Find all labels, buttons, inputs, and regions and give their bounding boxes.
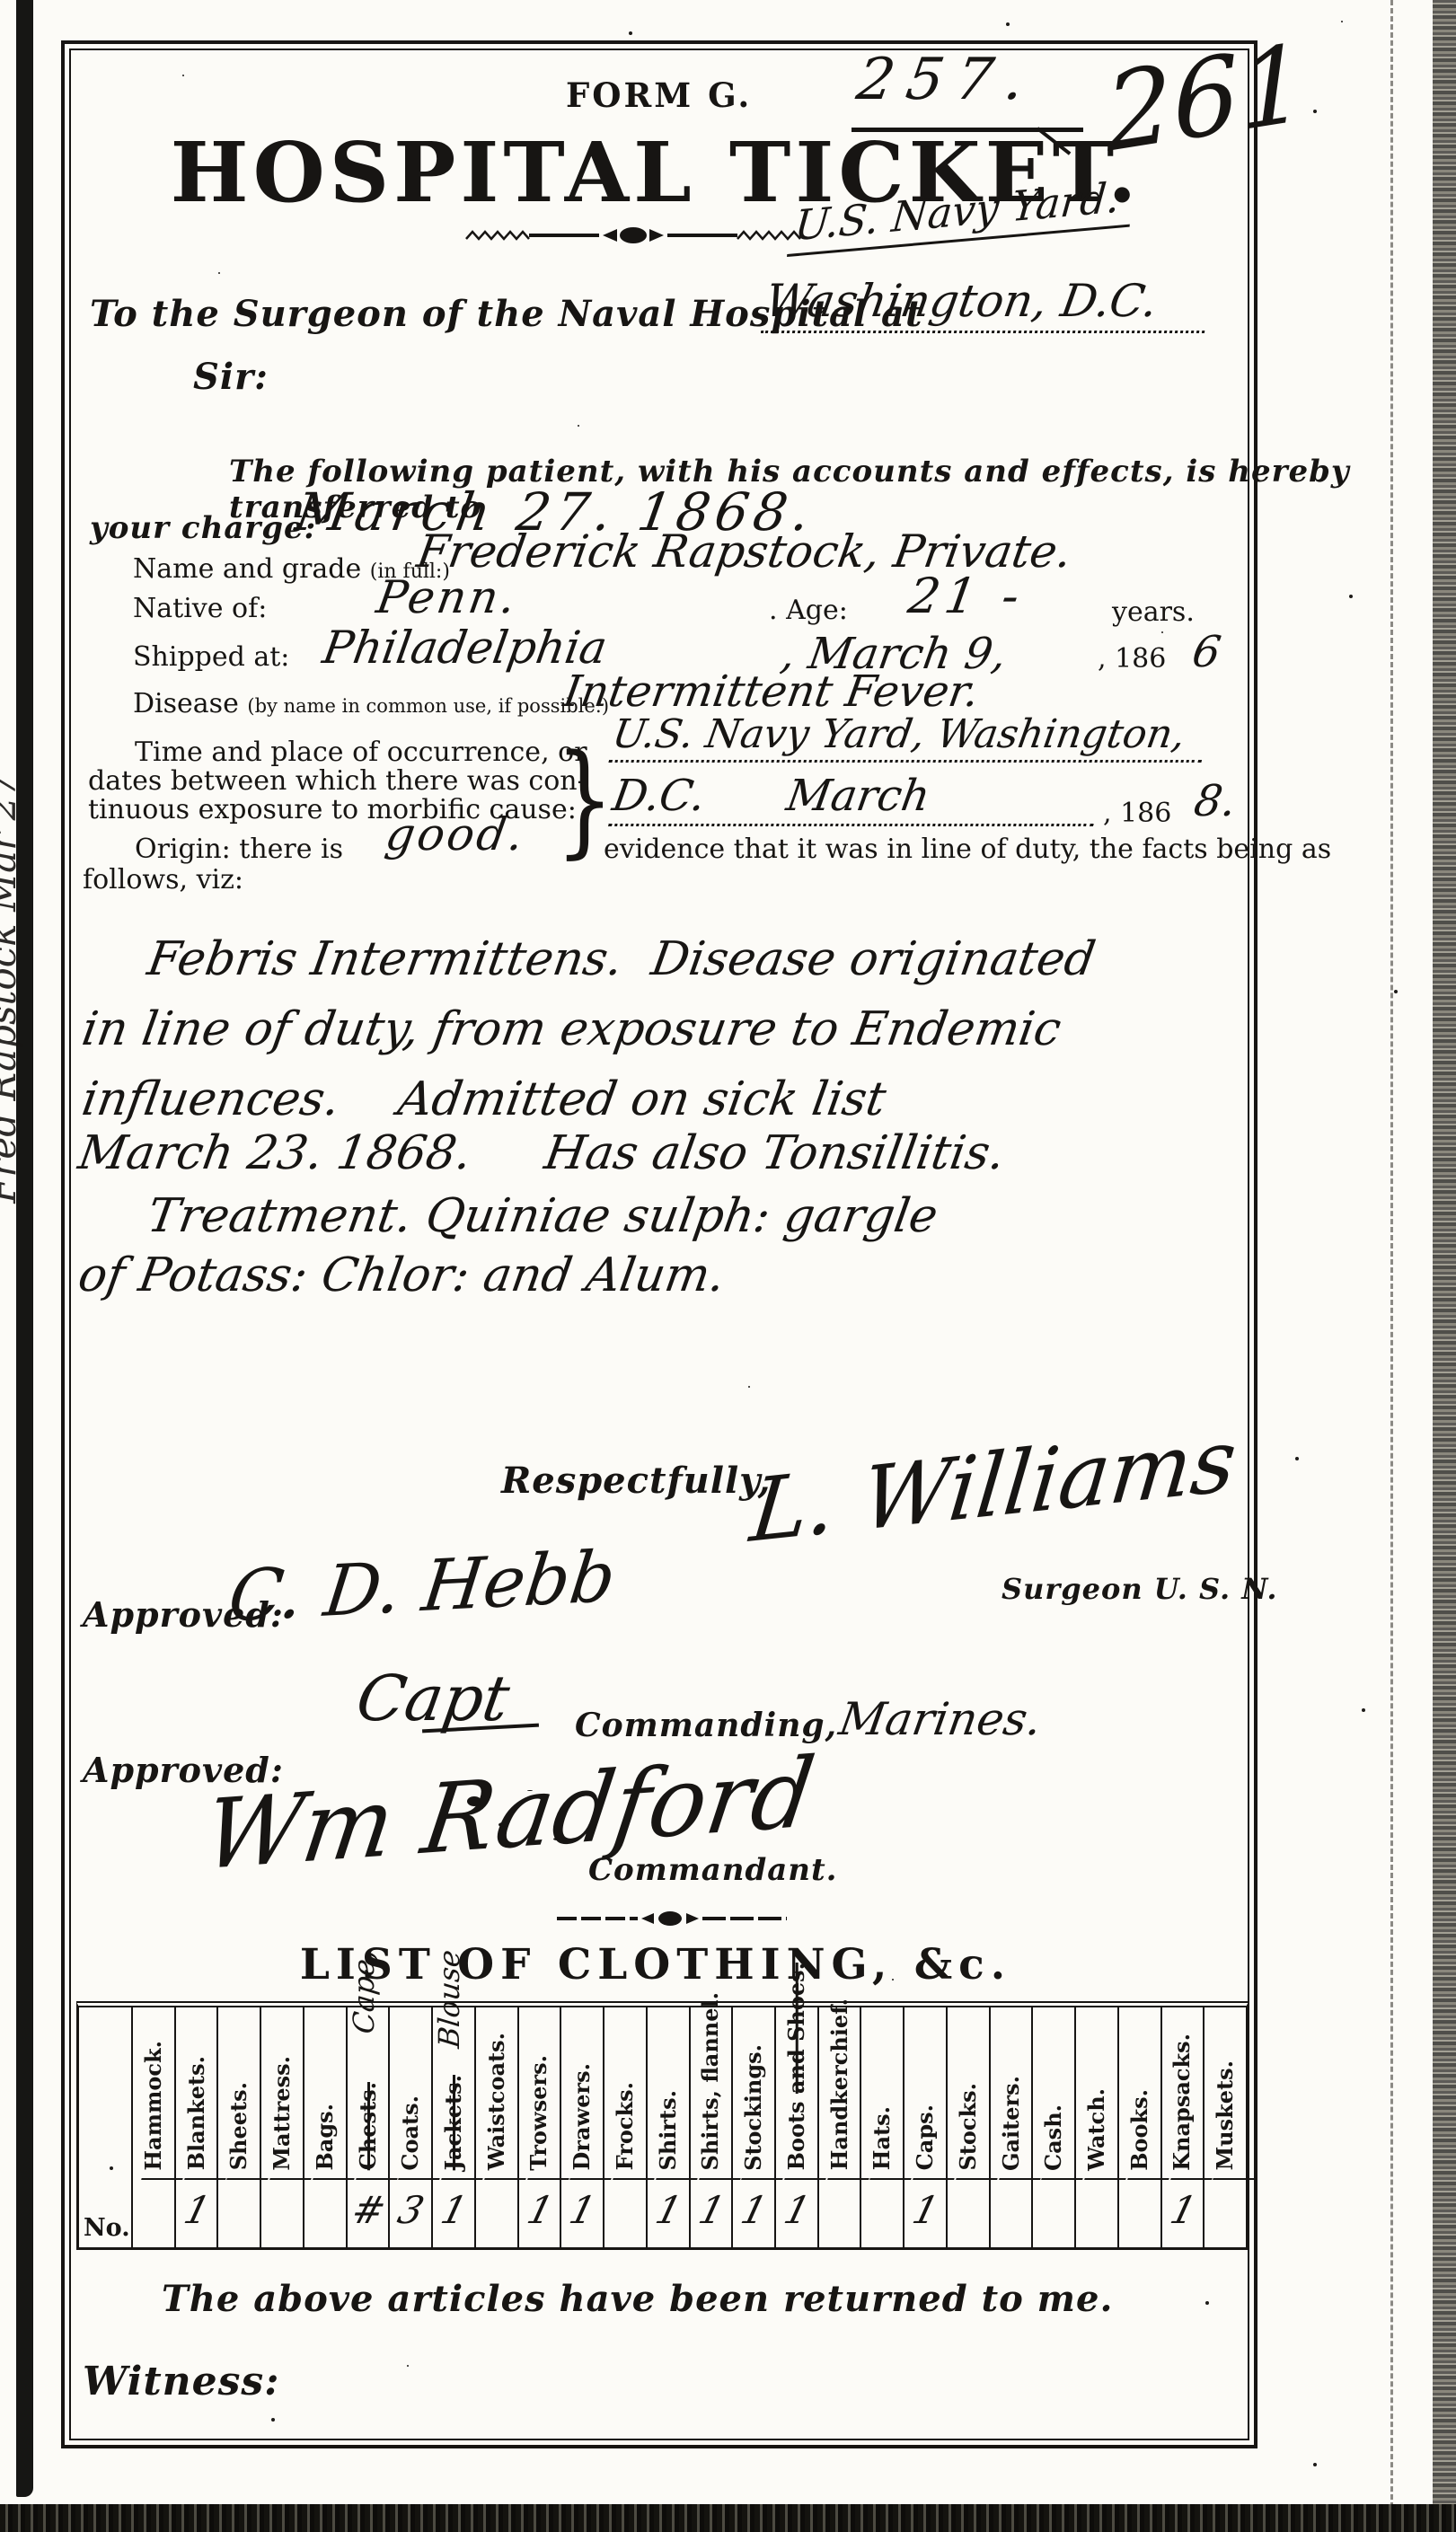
clothing-column-header: Muskets.: [1205, 2007, 1246, 2178]
clothing-column-label: Stockings.: [743, 2044, 764, 2171]
clothing-column: Blankets.1: [176, 2007, 219, 2247]
ticket-number: 257.: [852, 47, 1041, 113]
clothing-column: Bags.: [304, 2007, 348, 2247]
clothing-column-header: Hammock.: [133, 2007, 174, 2178]
clothing-column-label: Mattress.: [271, 2056, 293, 2171]
shipped-year-printed: , 186: [1098, 643, 1166, 675]
clothing-column: Shirts, flannel.1: [691, 2007, 734, 2247]
clothing-column-header: Stockings.: [733, 2007, 774, 2178]
age-value: 21 -: [904, 568, 1028, 624]
clothing-no-column: No.: [79, 2007, 133, 2247]
clothing-column-value: [1196, 2178, 1255, 2247]
clothing-column: Trowsers.1: [519, 2007, 562, 2247]
clothing-column-label: Cash.: [1043, 2104, 1064, 2171]
clothing-column-header: Shirts, flannel.: [691, 2007, 732, 2178]
occurrence-year-written: 8.: [1191, 776, 1240, 826]
clothing-column-label: Books.: [1129, 2089, 1151, 2171]
capt-written: Capt: [352, 1662, 515, 1735]
clothing-column: Handkerchief.: [819, 2007, 862, 2247]
scan-bottom-band: [0, 2504, 1456, 2532]
clothing-column-label: Frocks.: [614, 2082, 636, 2170]
commanding-written: Marines.: [835, 1693, 1045, 1745]
salutation-written: Washington, D.C.: [761, 275, 1213, 333]
origin-label-1: Origin: there is: [135, 834, 343, 865]
clothing-column-header: Coats.: [390, 2007, 431, 2178]
clothing-column-header: Stocks.: [948, 2007, 989, 2178]
occurrence-value-2: D.C. March: [608, 771, 1102, 826]
clothing-column-header: Waistcoats.: [476, 2007, 517, 2178]
clothing-column: Stocks.: [948, 2007, 991, 2247]
disease-label-main: Disease: [133, 688, 239, 719]
clothing-column: Drawers.1: [561, 2007, 604, 2247]
clothing-column-label: Caps.: [914, 2104, 936, 2170]
clothing-column-label: Trowsers.: [528, 2055, 550, 2171]
clothing-column-label: Bags.: [314, 2104, 336, 2170]
clothing-column: Coats.3: [390, 2007, 433, 2247]
age-label: . Age:: [769, 595, 848, 626]
clothing-column: Cash.: [1033, 2007, 1076, 2247]
clothing-column-header: Knapsacks.: [1162, 2007, 1204, 2178]
notes-line: in line of duty, from exposure to Endemi…: [78, 1002, 1064, 1056]
clothing-column: Boots and Shoes.1: [776, 2007, 819, 2247]
clothing-column-label: Drawers.: [571, 2063, 593, 2170]
surgeon-title: Surgeon U. S. N.: [1002, 1572, 1278, 1606]
clothing-column: Caps.1: [904, 2007, 948, 2247]
clothing-column-header: Drawers.: [561, 2007, 603, 2178]
clothing-column: Knapsacks.1: [1162, 2007, 1205, 2247]
clothing-column: Frocks.: [604, 2007, 648, 2247]
notes-line: Febris Intermittens. Disease originated: [144, 932, 1099, 986]
clothing-column: Mattress.: [261, 2007, 304, 2247]
clothing-column-label: Boots and Shoes.: [786, 1963, 807, 2170]
disease-label-paren: (by name in common use, if possible:): [247, 695, 609, 717]
transfer-line2-label: your charge:: [90, 510, 316, 546]
clothing-column-header: Caps.: [904, 2007, 946, 2178]
respectfully-label: Respectfully,: [501, 1460, 771, 1502]
notes-line: of Potass: Chlor: and Alum.: [75, 1248, 728, 1302]
clothing-column-header: Gaiters.: [991, 2007, 1032, 2178]
clothing-column-header: Blankets.: [176, 2007, 217, 2178]
divider-ornament: [463, 223, 804, 248]
commandant-title: Commandant.: [588, 1852, 838, 1888]
clothing-column: Chests.Cape,#: [348, 2007, 391, 2247]
clothing-column-header: Handkerchief.: [819, 2007, 860, 2178]
clothing-column-header: Cash.: [1033, 2007, 1074, 2178]
clothing-column-label-struck: and Shoes.: [783, 1963, 809, 2094]
clothing-column-header: Watch.: [1076, 2007, 1117, 2178]
clothing-column-label: Jackets.: [443, 2075, 464, 2170]
occurrence-label-2: dates between which there was con-: [88, 765, 587, 797]
notes-line: influences. Admitted on sick list: [78, 1072, 889, 1126]
disease-label: Disease (by name in common use, if possi…: [133, 688, 609, 719]
witness-label: Witness:: [83, 2359, 279, 2404]
clothing-column-header: Bags.: [304, 2007, 346, 2178]
shipped-value: Philadelphia: [319, 622, 610, 674]
clothing-column-label: Watch.: [1086, 2088, 1107, 2171]
form-label: FORM G.: [566, 75, 752, 115]
disease-value: Intermittent Fever.: [560, 666, 983, 717]
clothing-column-label: Hats.: [871, 2106, 893, 2170]
clothing-column: Waistcoats.: [476, 2007, 519, 2247]
clothing-column-header: Mattress.: [261, 2007, 303, 2178]
clothing-column-correction: Cape,: [349, 1948, 378, 2035]
occurrence-year-printed: , 186: [1103, 798, 1171, 829]
ink-blots: [467, 1796, 481, 1806]
clothing-column-header: Frocks.: [604, 2007, 646, 2178]
clothing-column: Jackets.Blouse1: [433, 2007, 476, 2247]
clothing-column-header: Shirts.: [648, 2007, 689, 2178]
clothing-column-label: Gaiters.: [1001, 2076, 1022, 2171]
clothing-column: Stockings.1: [733, 2007, 776, 2247]
clothing-column: Books.: [1119, 2007, 1162, 2247]
scan-specks: [0, 0, 4, 4]
clothing-column: Hats.: [861, 2007, 904, 2247]
hospital-ticket-scan: Fred Rapstock Mar 27 FORM G. 257. 261 HO…: [0, 0, 1456, 2532]
clothing-column-label: Coats.: [400, 2095, 421, 2171]
occurrence-label-1: Time and place of occurrence, or: [135, 737, 587, 768]
clothing-column-label: Knapsacks.: [1171, 2034, 1193, 2171]
clothing-no-label: No.: [84, 2214, 130, 2242]
clothing-column-label: Waistcoats.: [486, 2033, 507, 2170]
origin-label-3: follows, viz:: [83, 864, 243, 895]
clothing-title: LIST OF CLOTHING, &c.: [61, 1940, 1250, 1989]
notes-line: March 23. 1868. Has also Tonsillitis.: [75, 1126, 1009, 1180]
sir-label: Sir:: [193, 356, 269, 398]
native-label: Native of:: [133, 593, 267, 624]
returned-line: The above articles have been returned to…: [162, 2278, 1113, 2320]
clothing-column: Hammock.: [133, 2007, 176, 2247]
clothing-column-header: Books.: [1119, 2007, 1160, 2178]
clothing-column-label: Shirts.: [657, 2090, 679, 2171]
scan-edge-band: [1433, 0, 1456, 2532]
clothing-column: Sheets.: [218, 2007, 261, 2247]
book-binding-strip: [16, 0, 33, 2497]
clothing-column-header: Boots and Shoes.: [776, 2007, 817, 2178]
clothing-column-header: Jackets.Blouse: [433, 2007, 474, 2178]
origin-value: good.: [382, 808, 529, 860]
clothing-column-header: Sheets.: [218, 2007, 260, 2178]
clothing-table: No. Hammock.Blankets.1Sheets.Mattress.Ba…: [76, 2001, 1249, 2250]
paper-crease: [1390, 0, 1393, 2532]
clothing-column-label: Blankets.: [186, 2056, 207, 2170]
shipped-label: Shipped at:: [133, 641, 289, 673]
native-value: Penn.: [373, 571, 521, 623]
divider-ornament: [555, 1908, 789, 1929]
clothing-column: Watch.: [1076, 2007, 1119, 2247]
margin-note: Fred Rapstock Mar 27: [0, 772, 24, 1204]
clothing-column-label: Shirts, flannel.: [700, 1992, 721, 2171]
clothing-column: Muskets.: [1205, 2007, 1246, 2247]
name-label-main: Name and grade: [133, 553, 361, 585]
clothing-column-header: Trowsers.: [519, 2007, 560, 2178]
clothing-column-header: Chests.Cape,: [348, 2007, 389, 2178]
notes-line: Treatment. Quiniae sulph: gargle: [144, 1189, 941, 1243]
age-units: years.: [1112, 596, 1195, 628]
origin-label-2: evidence that it was in line of duty, th…: [604, 834, 1331, 865]
clothing-column-header: Hats.: [861, 2007, 903, 2178]
clothing-column-label: Stocks.: [957, 2083, 979, 2171]
clothing-column: Gaiters.: [991, 2007, 1034, 2247]
clothing-column-label: Chests.: [357, 2082, 379, 2170]
clothing-column-label: Sheets.: [228, 2082, 250, 2170]
clothing-column-correction: Blouse: [435, 1948, 463, 2049]
clothing-column: Shirts.1: [648, 2007, 691, 2247]
clothing-column-label: Handkerchief.: [829, 1998, 851, 2170]
occurrence-value-1: U.S. Navy Yard, Washington,: [608, 711, 1209, 763]
clothing-column-label: Hammock.: [143, 2041, 164, 2171]
clothing-column-label: Muskets.: [1214, 2060, 1236, 2170]
